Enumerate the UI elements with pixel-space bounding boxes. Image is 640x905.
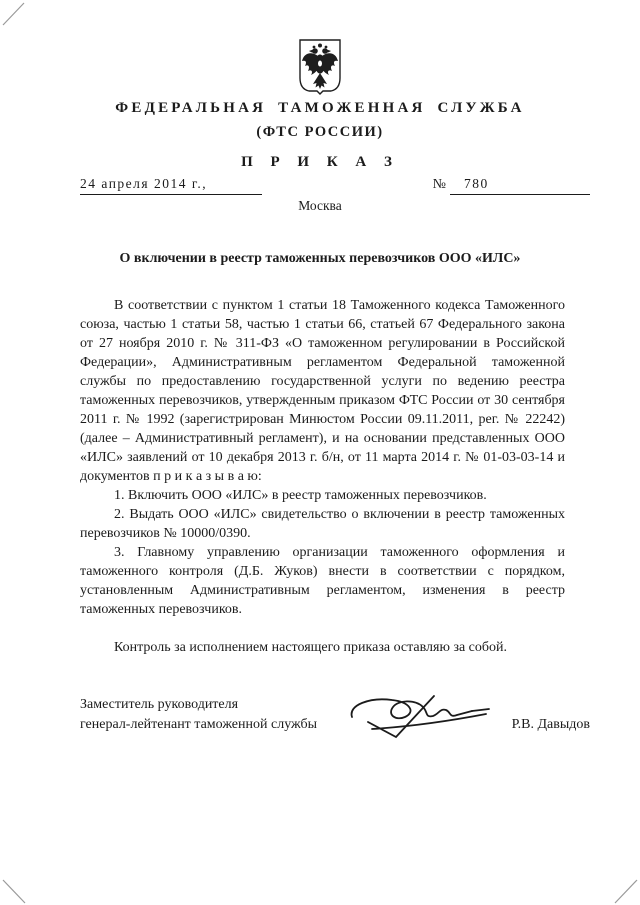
org-name: ФЕДЕРАЛЬНАЯ ТАМОЖЕННАЯ СЛУЖБА [0,100,640,117]
signer-name: Р.В. Давыдов [512,715,590,735]
signature-block: Заместитель руководителя генерал-лейтена… [80,687,590,735]
document-date: 24 апреля 2014 г., [80,176,262,195]
document-type-heading: П Р И К А З [0,154,640,171]
document-body: В соответствии с пунктом 1 статьи 18 Там… [80,296,565,657]
order-item-1: 1. Включить ООО «ИЛС» в реестр таможенны… [80,486,565,505]
date-number-row: 24 апреля 2014 г., № 780 [80,176,590,195]
document-title: О включении в реестр таможенных перевозч… [0,251,640,267]
signer-position-line1: Заместитель руководителя [80,695,338,715]
control-clause: Контроль за исполнением настоящего прика… [80,638,565,657]
number-sign: № [433,177,450,195]
document-number-group: № 780 [433,176,590,195]
signer-position: Заместитель руководителя генерал-лейтена… [80,695,338,735]
order-item-3: 3. Главному управлению организации тамож… [80,543,565,619]
org-abbreviation: (ФТС РОССИИ) [0,124,640,141]
signature-autograph-icon [342,687,502,745]
coat-of-arms-icon [297,38,343,96]
signer-position-line2: генерал-лейтенант таможенной службы [80,715,338,735]
order-item-2: 2. Выдать ООО «ИЛС» свидетельство о вклю… [80,505,565,543]
preamble-paragraph: В соответствии с пунктом 1 статьи 18 Там… [80,296,565,486]
city-label: Москва [0,198,640,214]
document-page: ФЕДЕРАЛЬНАЯ ТАМОЖЕННАЯ СЛУЖБА (ФТС РОССИ… [0,0,640,905]
double-headed-eagle-icon [302,44,338,90]
document-number: 780 [450,176,590,195]
